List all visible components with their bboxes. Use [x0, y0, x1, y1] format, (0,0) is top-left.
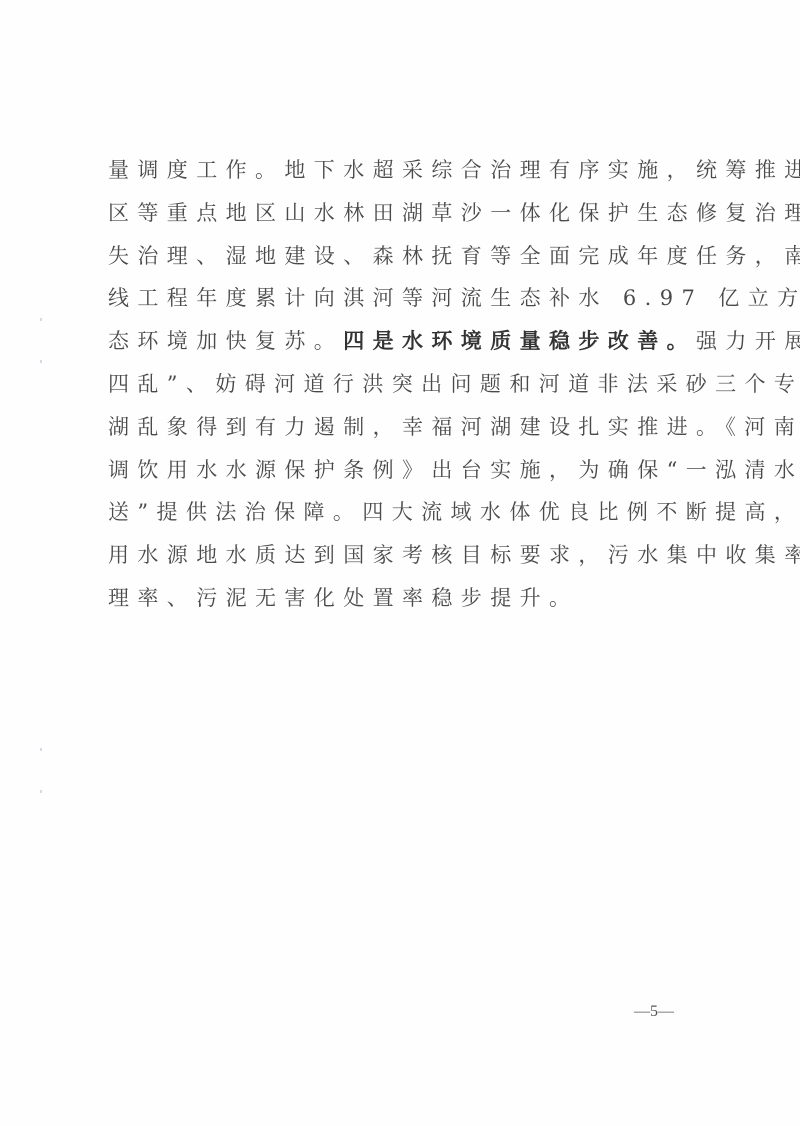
text-segment: 调饮用水水源保护条例》出台实施，为确保“一泓清水永续北 — [108, 458, 800, 482]
body-paragraph: 量调度工作。地下水超采综合治理有序实施，统筹推进丹江口库 区等重点地区山水林田湖… — [108, 149, 680, 620]
text-line: 四乱”、妨碍河道行洪突出问题和河道非法采砂三个专项整治，河 — [108, 363, 680, 406]
bold-heading-segment: 四是水环境质量稳步改善。 — [343, 328, 696, 353]
scan-speck — [40, 790, 42, 793]
text-line: 失治理、湿地建设、森林抚育等全面完成年度任务，南水北调中 — [108, 235, 680, 278]
text-segment: 理率、污泥无害化处置率稳步提升。 — [108, 586, 578, 610]
text-line: 送”提供法治保障。四大流域水体优良比例不断提高，集中式饮 — [108, 491, 680, 534]
text-segment: 量调度工作。地下水超采综合治理有序实施，统筹推进丹江口库 — [108, 158, 800, 182]
text-line: 线工程年度累计向淇河等河流生态补水 6.97 亿立方米，河湖生 — [108, 277, 680, 320]
scan-speck — [40, 748, 42, 751]
scan-speck — [40, 360, 42, 363]
text-line: 理率、污泥无害化处置率稳步提升。 — [108, 577, 680, 620]
text-segment: 失治理、湿地建设、森林抚育等全面完成年度任务，南水北调中 — [108, 244, 800, 268]
text-segment: 四乱”、妨碍河道行洪突出问题和河道非法采砂三个专项整治，河 — [108, 372, 800, 396]
text-segment: 态环境加快复苏。 — [108, 329, 343, 353]
document-page: 量调度工作。地下水超采综合治理有序实施，统筹推进丹江口库 区等重点地区山水林田湖… — [0, 0, 800, 1126]
text-line: 湖乱象得到有力遏制，幸福河湖建设扎实推进。《河南省南水北 — [108, 406, 680, 449]
text-segment: 送”提供法治保障。四大流域水体优良比例不断提高，集中式饮 — [108, 500, 800, 524]
text-line: 调饮用水水源保护条例》出台实施，为确保“一泓清水永续北 — [108, 449, 680, 492]
text-segment: 用水源地水质达到国家考核目标要求，污水集中收集率、污水处 — [108, 543, 800, 567]
text-segment: 线工程年度累计向淇河等河流生态补水 6.97 亿立方米，河湖生 — [108, 286, 800, 310]
text-segment: 湖乱象得到有力遏制，幸福河湖建设扎实推进。《河南省南水北 — [108, 415, 800, 439]
scan-speck — [40, 318, 42, 321]
text-line: 区等重点地区山水林田湖草沙一体化保护生态修复治理。水土流 — [108, 192, 680, 235]
page-number: —5— — [634, 1003, 674, 1021]
text-line: 量调度工作。地下水超采综合治理有序实施，统筹推进丹江口库 — [108, 149, 680, 192]
text-segment: 区等重点地区山水林田湖草沙一体化保护生态修复治理。水土流 — [108, 201, 800, 225]
text-line: 态环境加快复苏。四是水环境质量稳步改善。强力开展河湖“清 — [108, 320, 680, 363]
text-line: 用水源地水质达到国家考核目标要求，污水集中收集率、污水处 — [108, 534, 680, 577]
text-segment: 强力开展河湖“清 — [696, 329, 800, 353]
